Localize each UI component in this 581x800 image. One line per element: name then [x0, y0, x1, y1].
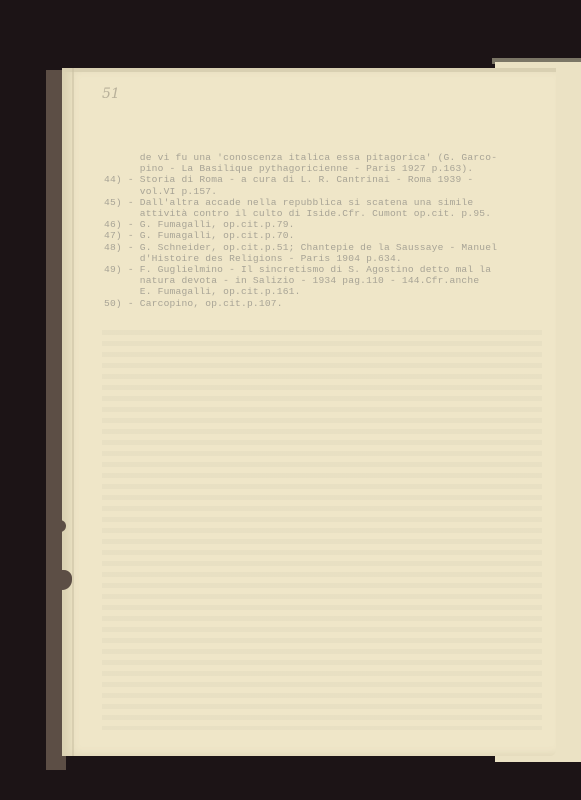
footnotes: de vi fu una 'conoscenza italica essa pi…: [104, 152, 544, 309]
footnote-line: 49) - F. Guglielmino - Il sincretismo di…: [104, 264, 544, 275]
footnote-line: 48) - G. Schneider, op.cit.p.51; Chantep…: [104, 242, 544, 253]
footnote-line: de vi fu una 'conoscenza italica essa pi…: [104, 152, 544, 163]
footnote-line: attività contro il culto di Iside.Cfr. C…: [104, 208, 544, 219]
footnote-line: 44) - Storia di Roma - a cura di L. R. C…: [104, 174, 544, 185]
footnote-line: natura devota - in Salizio - 1934 pag.11…: [104, 275, 544, 286]
document-page: 51 de vi fu una 'conoscenza italica essa…: [62, 68, 556, 756]
footnote-line: E. Fumagalli, op.cit.p.161.: [104, 286, 544, 297]
page-fold: [72, 68, 74, 756]
footnote-line: vol.VI p.157.: [104, 186, 544, 197]
footnote-line: 50) - Carcopino, op.cit.p.107.: [104, 298, 544, 309]
page-number: 51: [102, 86, 120, 102]
footnote-line: d'Histoire des Religions - Paris 1904 p.…: [104, 253, 544, 264]
bleed-through-text: [102, 330, 542, 730]
footnote-line: 47) - G. Fumagalli, op.cit.p.70.: [104, 230, 544, 241]
footnote-line: pino - La Basilique pythagoricienne - Pa…: [104, 163, 544, 174]
footnote-line: 45) - Dall'altra accade nella repubblica…: [104, 197, 544, 208]
page-top-edge: [62, 68, 556, 72]
footnote-line: 46) - G. Fumagalli, op.cit.p.79.: [104, 219, 544, 230]
